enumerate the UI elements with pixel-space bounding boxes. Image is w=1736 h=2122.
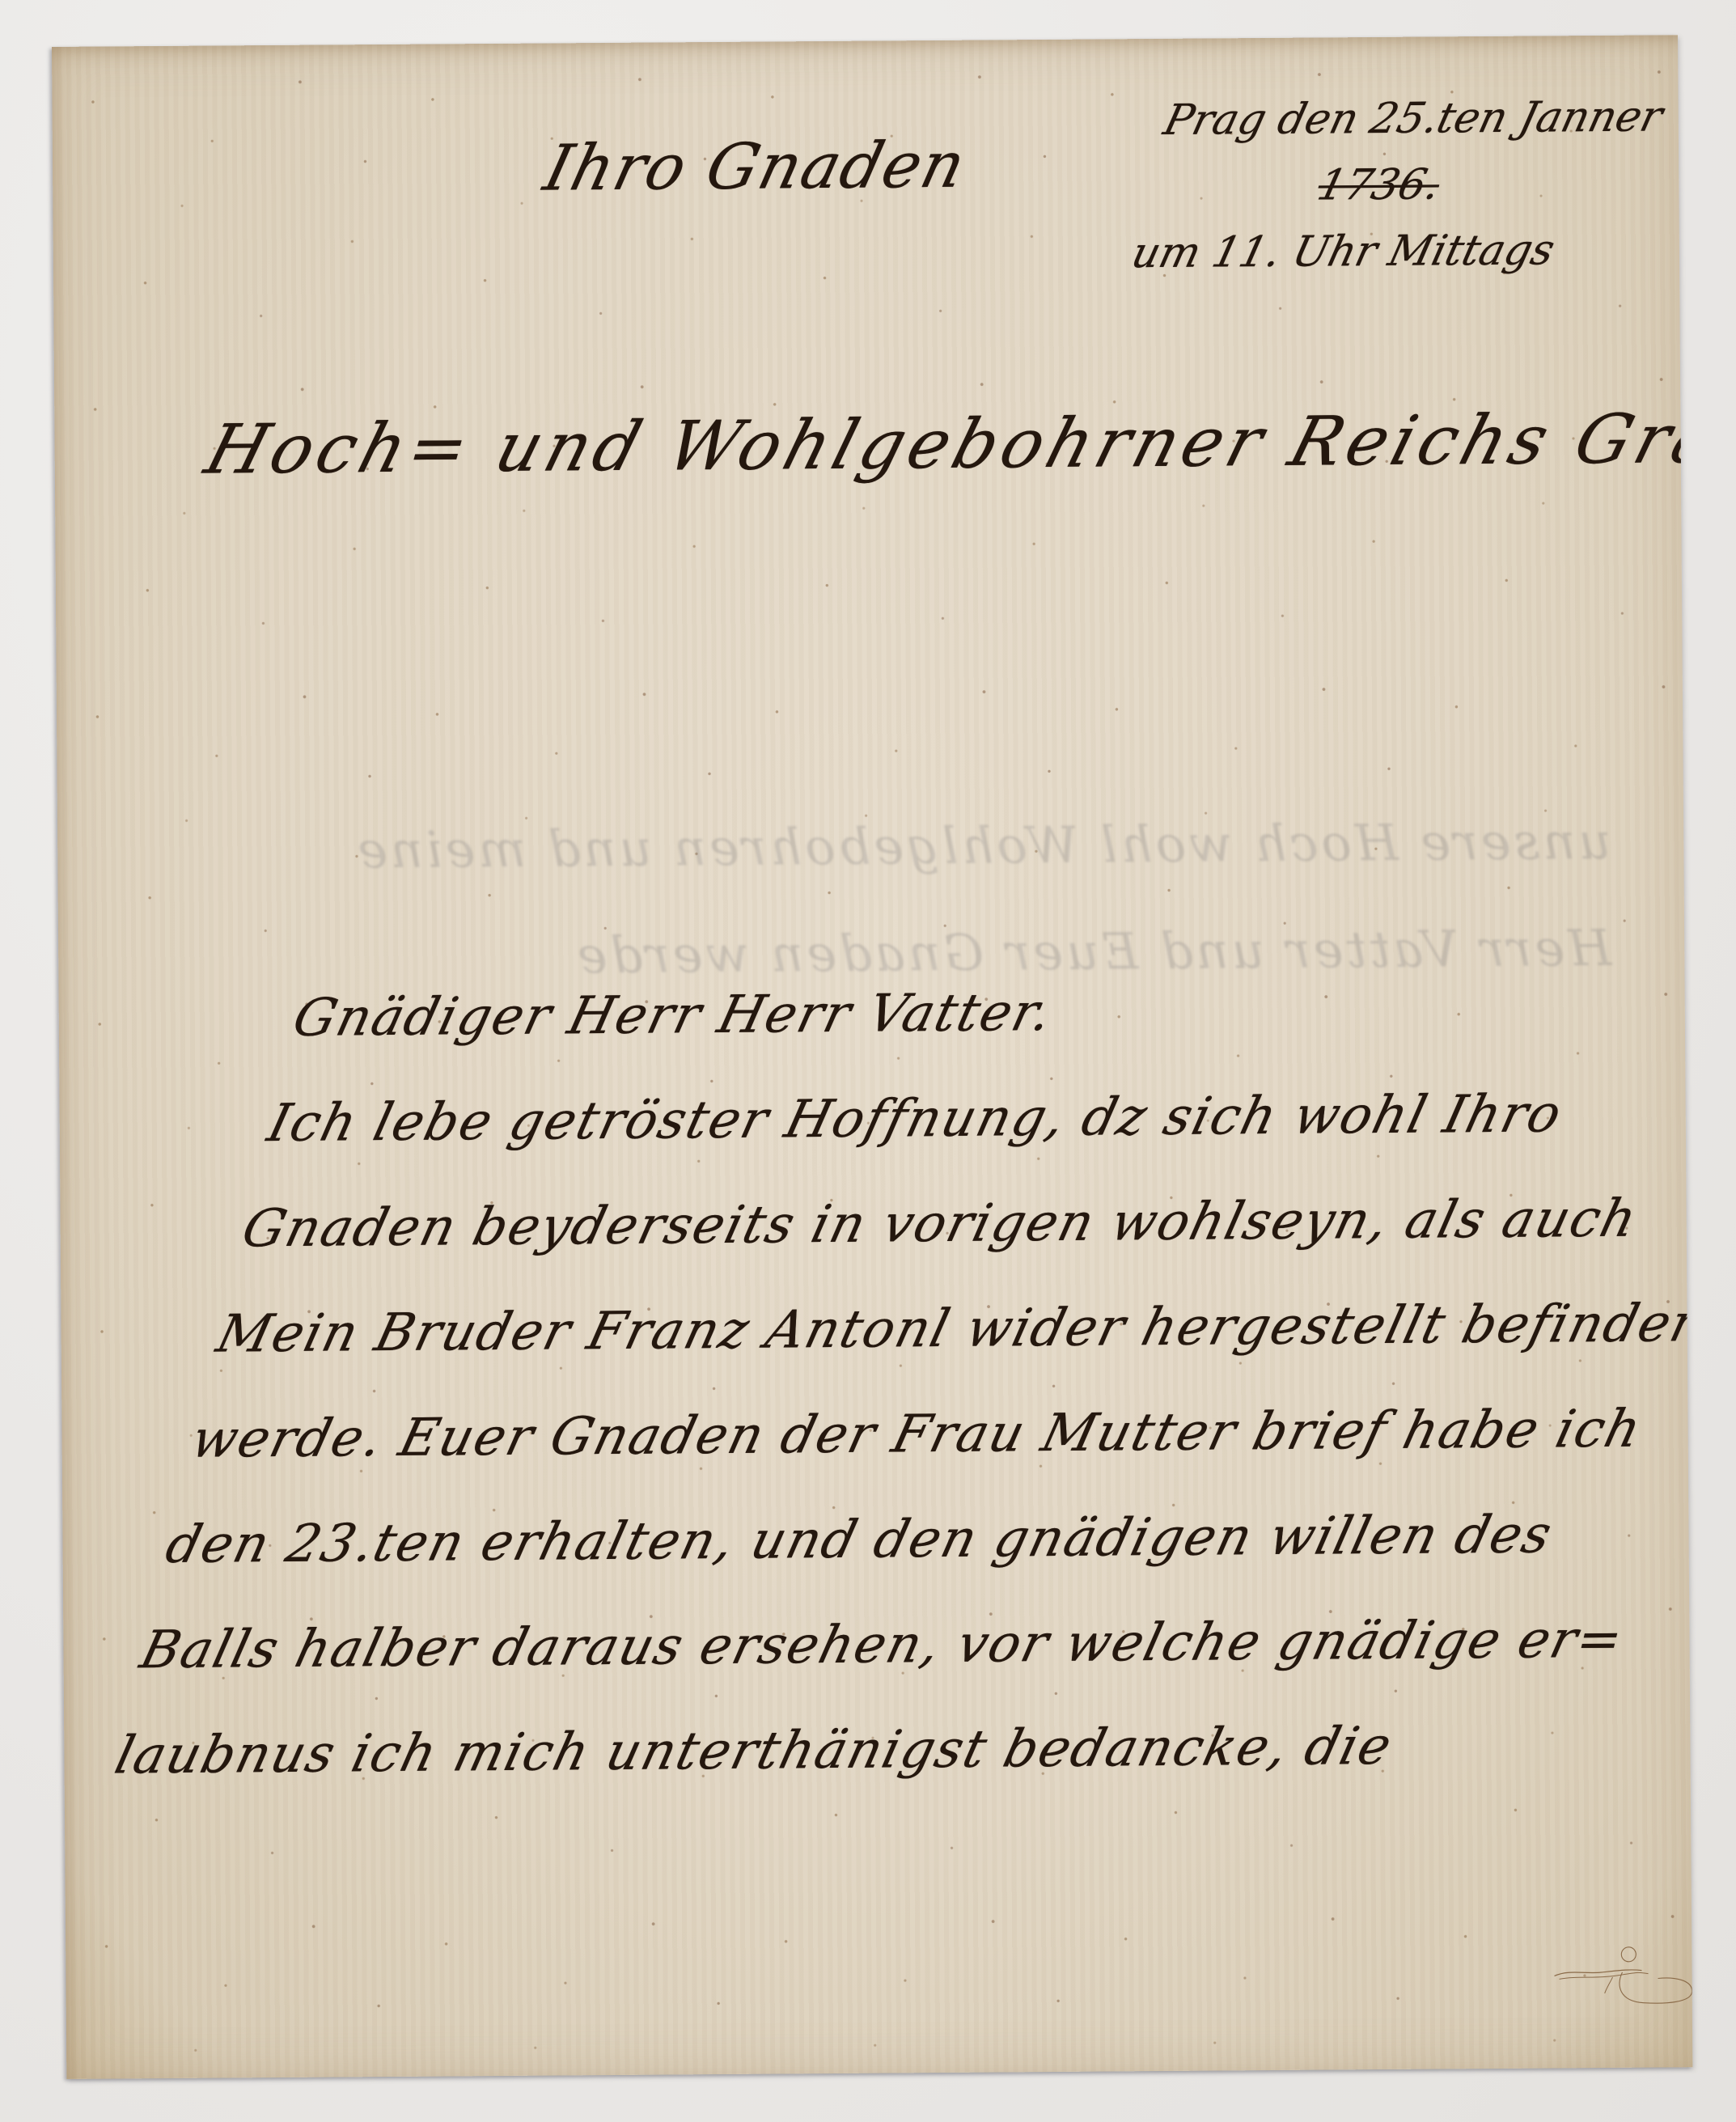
dateline-place-date: Prag den 25.ten Janner	[1157, 83, 1669, 154]
stray-fiber-mark	[1552, 1944, 1692, 2010]
dateline: Prag den 25.ten Janner 1736. um 11. Uhr …	[1125, 83, 1670, 286]
body-line: laubnus ich mich unterthänigst bedancke,…	[104, 1692, 1617, 1809]
dateline-year: 1736.	[1141, 150, 1653, 220]
formal-address-title: Hoch= und Wohlgebohrner Reichs Graf	[197, 399, 1692, 489]
body-line: den 23.ten erhalten, und den gnädigen wi…	[155, 1481, 1668, 1598]
body-line: Ich lebe getröster Hoffnung, dz sich woh…	[256, 1060, 1692, 1176]
greeting-line: Gnädiger Herr Herr Vatter.	[282, 955, 1693, 1071]
body-line: Balls halber daraus ersehen, vor welche …	[129, 1587, 1643, 1704]
letter-sheet: unsere Hoch wohl Wohlgebohren und meine …	[52, 35, 1692, 2079]
bleed-through-line: unsere Hoch wohl Wohlgebohren und meine	[155, 788, 1611, 905]
body-line: werde. Euer Gnaden der Frau Mutter brief…	[180, 1376, 1693, 1493]
body-line: Gnaden beyderseits in vorigen wohlseyn, …	[231, 1166, 1693, 1282]
letter-body: Gnädiger Herr Herr Vatter. Ich lebe getr…	[104, 955, 1692, 1808]
dateline-time: um 11. Uhr Mittags	[1125, 217, 1637, 287]
addressee-short: Ihro Gnaden	[537, 129, 973, 205]
body-line: Mein Bruder Franz Antonl wider hergestel…	[205, 1271, 1692, 1387]
